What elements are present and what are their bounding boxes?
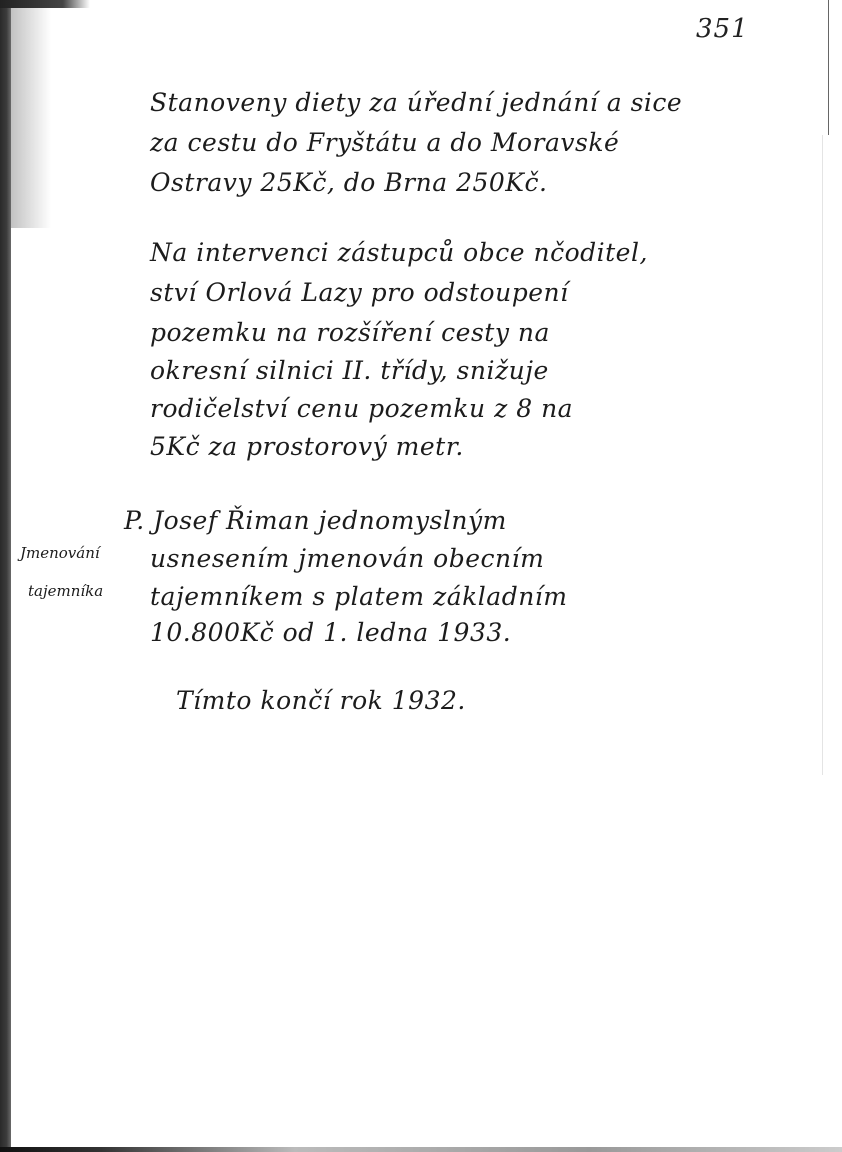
text-line: Tímto končí rok 1932. (176, 686, 466, 715)
margin-note: Jmenování (20, 544, 100, 562)
text-line: za cestu do Fryštátu a do Moravské (150, 128, 619, 157)
text-line: Stanoveny diety za úřední jednání a sice (150, 88, 682, 117)
text-line: okresní silnici II. třídy, snižuje (150, 356, 549, 385)
scan-top-edge (0, 0, 90, 8)
scan-right-faint-edge (822, 135, 823, 775)
scan-shadow (11, 8, 51, 228)
text-line: pozemku na rozšíření cesty na (150, 318, 550, 347)
text-line: Ostravy 25Kč, do Brna 250Kč. (150, 168, 547, 197)
page-number: 351 (696, 14, 749, 44)
scan-bottom-edge (0, 1147, 842, 1152)
text-line: ství Orlová Lazy pro odstoupení (150, 278, 569, 307)
document-page: 351 Stanoveny diety za úřední jednání a … (0, 0, 842, 1152)
text-line: Na intervenci zástupců obce nčoditel, (150, 238, 648, 267)
text-line: tajemníkem s platem základním (150, 582, 568, 611)
scan-binding-edge (0, 0, 11, 1152)
text-line: 10.800Kč od 1. ledna 1933. (150, 618, 511, 647)
scan-right-edge (828, 0, 829, 135)
text-line: P. Josef Řiman jednomyslným (124, 506, 507, 535)
text-line: usnesením jmenován obecním (150, 544, 544, 573)
margin-note: tajemníka (28, 582, 103, 600)
text-line: 5Kč za prostorový metr. (150, 432, 464, 461)
text-line: rodičelství cenu pozemku z 8 na (150, 394, 573, 423)
